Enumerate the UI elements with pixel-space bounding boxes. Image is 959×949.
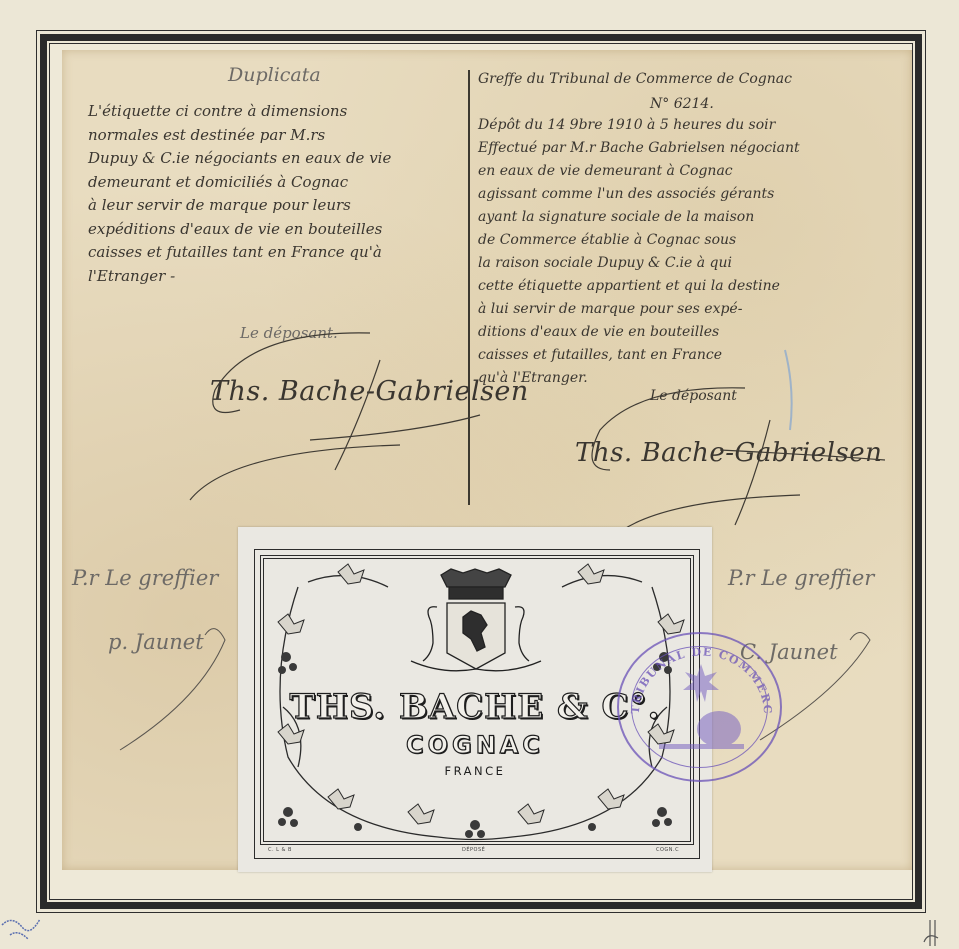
tribunal-stamp: TRIBUNAL DE COMMERCE DE COGNAC · CHARENT… <box>617 632 782 782</box>
label-footer-center: DÉPOSÉ <box>462 847 485 853</box>
right-line: en eaux de vie demeurant à Cognac <box>478 160 800 183</box>
left-signer-label: Le déposant. <box>240 324 338 342</box>
label-footer-left: C. L & B <box>268 847 292 853</box>
left-column-text: L'étiquette ci contre à dimensions norma… <box>88 100 391 288</box>
left-line: à leur servir de marque pour leurs <box>88 194 391 218</box>
left-line: L'étiquette ci contre à dimensions <box>88 100 391 124</box>
left-line: expéditions d'eaux de vie en bouteilles <box>88 218 391 242</box>
deposit-number: N° 6214. <box>650 96 714 112</box>
duplicata-heading: Duplicata <box>228 64 321 86</box>
right-line: Effectué par M.r Bache Gabrielsen négoci… <box>478 137 800 160</box>
left-greffier-label: P.r Le greffier <box>72 566 218 590</box>
label-footer-right: COGN.C <box>656 847 679 853</box>
right-line: la raison sociale Dupuy & C.ie à qui <box>478 252 800 275</box>
right-greffier-label: P.r Le greffier <box>728 566 874 590</box>
left-line: l'Etranger - <box>88 265 391 289</box>
right-line: agissant comme l'un des associés gérants <box>478 183 800 206</box>
left-greffier-signature: p. Jaunet <box>108 630 204 654</box>
crowned-shield-lion-icon <box>403 565 548 677</box>
right-line: qu'à l'Etranger. <box>478 367 800 390</box>
right-line: cette étiquette appartient et qui la des… <box>478 275 800 298</box>
left-line: normales est destinée par M.rs <box>88 124 391 148</box>
right-signer-label: Le déposant <box>650 388 737 404</box>
pencil-mark-icon <box>918 918 948 949</box>
left-line: Dupuy & C.ie négociants en eaux de vie <box>88 147 391 171</box>
right-line: ayant la signature sociale de la maison <box>478 206 800 229</box>
right-column-text: Greffe du Tribunal de Commerce de Cognac… <box>478 68 800 390</box>
column-divider <box>468 70 470 505</box>
right-line: Dépôt du 14 9bre 1910 à 5 heures du soir <box>478 114 800 137</box>
right-line: ditions d'eaux de vie en bouteilles <box>478 321 800 344</box>
right-line: de Commerce établie à Cognac sous <box>478 229 800 252</box>
svg-text:TRIBUNAL DE COMMERCE DE COGNAC: TRIBUNAL DE COMMERCE DE COGNAC · CHARENT… <box>619 634 774 715</box>
right-signature: Ths. Bache-Gabrielsen <box>575 438 882 468</box>
stamp-seal-icon: TRIBUNAL DE COMMERCE DE COGNAC · CHARENT… <box>619 634 784 784</box>
right-line: caisses et futailles, tant en France <box>478 344 800 367</box>
left-line: demeurant et domiciliés à Cognac <box>88 171 391 195</box>
right-header: Greffe du Tribunal de Commerce de Cognac <box>478 68 800 91</box>
right-spacer <box>478 91 800 114</box>
blue-ink-mark-icon <box>0 905 50 949</box>
left-line: caisses et futailles tant en France qu'à <box>88 241 391 265</box>
right-line: à lui servir de marque pour ses expé- <box>478 298 800 321</box>
